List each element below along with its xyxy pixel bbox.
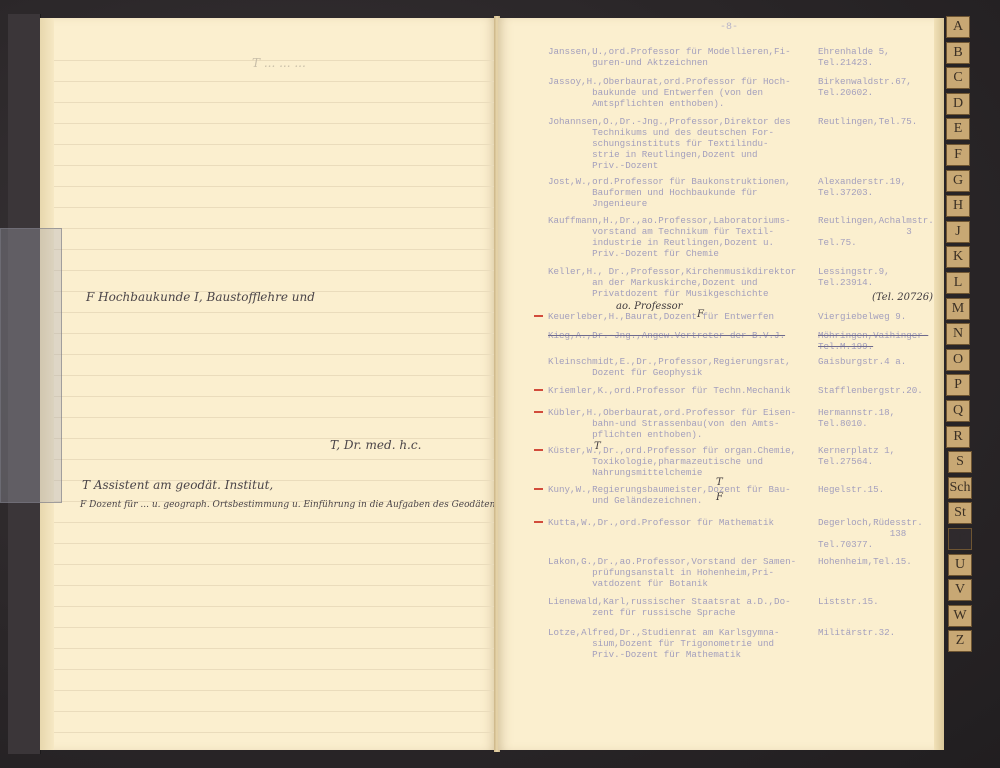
index-tab-b[interactable]: B xyxy=(946,42,970,64)
entry-name-description: Jost,W.,ord.Professor für Baukonstruktio… xyxy=(548,176,813,209)
ruling-line xyxy=(54,459,494,460)
entry-name-description: Kuny,W.,Regierungsbaumeister,Dozent für … xyxy=(548,484,813,506)
entry-address: Stafflenbergstr.20. xyxy=(818,385,936,396)
entry-name-description: Kieg,A.,Dr.-Jng.,Angew.Vertreter der B.V… xyxy=(548,330,813,341)
ruling-line xyxy=(54,354,494,355)
index-tab-r[interactable]: R xyxy=(946,426,970,448)
ruling-line xyxy=(54,312,494,313)
entry-address: Reutlingen,Achalmstr. 3 Tel.75. xyxy=(818,215,936,248)
handwritten-annotation: ao. Professor xyxy=(616,301,682,312)
entry-name-description: Lienewald,Karl,russischer Staatsrat a.D.… xyxy=(548,596,813,618)
page-number: -8- xyxy=(720,22,738,33)
index-tab-u[interactable]: U xyxy=(948,554,972,576)
ruling-line xyxy=(54,207,494,208)
entry-name-description: Kriemler,K.,ord.Professor für Techn.Mech… xyxy=(548,385,813,396)
ruling-line xyxy=(54,165,494,166)
ruling-line xyxy=(54,627,494,628)
ruling-line xyxy=(54,585,494,586)
entry-address: Alexanderstr.19, Tel.37203. xyxy=(818,176,936,198)
entry-name-description: Küster,W.,Dr.,ord.Professor für organ.Ch… xyxy=(548,445,813,478)
index-tab-a[interactable]: A xyxy=(946,16,970,38)
index-tab-q[interactable]: Q xyxy=(946,400,970,422)
ruling-line xyxy=(54,648,494,649)
index-tab-n[interactable]: N xyxy=(946,323,970,345)
entry-name-description: Lotze,Alfred,Dr.,Studienrat am Karlsgymn… xyxy=(548,627,813,660)
index-tab-st[interactable]: St xyxy=(948,502,972,524)
entry-name-description: Keuerleber,H.,Baurat,Dozent für Entwerfe… xyxy=(548,311,813,322)
handwritten-annotation: (Tel. 20726) xyxy=(872,292,933,303)
ruling-line xyxy=(54,396,494,397)
entry-address: Birkenwaldstr.67, Tel.20602. xyxy=(818,76,936,98)
left-page-faint-note: T ... ... ... xyxy=(252,56,306,70)
ruling-line xyxy=(54,144,494,145)
left-note-1: F Hochbaukunde I, Baustofflehre und xyxy=(86,290,315,304)
red-mark-icon xyxy=(534,521,543,523)
left-page xyxy=(40,18,496,750)
ruling-line xyxy=(54,102,494,103)
entry-name-description: Johannsen,O.,Dr.-Jng.,Professor,Direktor… xyxy=(548,116,813,171)
ruling-line xyxy=(54,711,494,712)
entry-address: Militärstr.32. xyxy=(818,627,936,638)
entry-address: Ehrenhalde 5, Tel.21423. xyxy=(818,46,936,68)
right-page-edge xyxy=(934,18,944,750)
ruling-line xyxy=(54,732,494,733)
left-note-4: F Dozent für ... u. geograph. Ortsbestim… xyxy=(80,500,495,510)
entry-address: Viergiebelweg 9. xyxy=(818,311,936,322)
entry-address: Lessingstr.9, Tel.23914. xyxy=(818,266,936,288)
entry-name-description: Jassoy,H.,Oberbaurat,ord.Professor für H… xyxy=(548,76,813,109)
entry-address: Reutlingen,Tel.75. xyxy=(818,116,936,127)
handwritten-annotation: F xyxy=(716,492,723,503)
index-tab-h[interactable]: H xyxy=(946,195,970,217)
red-mark-icon xyxy=(534,411,543,413)
index-tab-f[interactable]: F xyxy=(946,144,970,166)
ruling-line xyxy=(54,522,494,523)
entry-name-description: Kleinschmidt,E.,Dr.,Professor,Regierungs… xyxy=(548,356,813,378)
ruling-line xyxy=(54,690,494,691)
entry-name-description: Lakon,G.,Dr.,ao.Professor,Vorstand der S… xyxy=(548,556,813,589)
ruling-line xyxy=(54,438,494,439)
left-note-2: T, Dr. med. h.c. xyxy=(330,438,421,452)
entry-address: Liststr.15. xyxy=(818,596,936,607)
index-tab-j[interactable]: J xyxy=(946,221,970,243)
index-tab-sch[interactable]: Sch xyxy=(948,477,972,499)
ruling-line xyxy=(54,123,494,124)
index-tab-g[interactable]: G xyxy=(946,170,970,192)
entry-address: Degerloch,Rüdesstr. 138 Tel.70377. xyxy=(818,517,936,550)
ruling-line xyxy=(54,564,494,565)
red-mark-icon xyxy=(534,488,543,490)
ruling-line xyxy=(54,375,494,376)
ruling-line xyxy=(54,606,494,607)
entry-address: Hegelstr.15. xyxy=(818,484,936,495)
entry-name-description: Kübler,H.,Oberbaurat,ord.Professor für E… xyxy=(548,407,813,440)
ruling-line xyxy=(54,669,494,670)
index-tab-m[interactable]: M xyxy=(946,298,970,320)
entry-name-description: Janssen,U.,ord.Professor für Modellieren… xyxy=(548,46,813,68)
handwritten-annotation: F xyxy=(697,309,704,320)
entry-name-description: Kauffmann,H.,Dr.,ao.Professor,Laboratori… xyxy=(548,215,813,259)
index-tab-w[interactable]: W xyxy=(948,605,972,627)
handwritten-annotation: T xyxy=(594,441,601,452)
red-mark-icon xyxy=(534,389,543,391)
left-note-3: T Assistent am geodät. Institut, xyxy=(82,478,273,492)
index-tab-p[interactable]: P xyxy=(946,374,970,396)
index-tab-z[interactable]: Z xyxy=(948,630,972,652)
entry-address: Gaisburgstr.4 a. xyxy=(818,356,936,367)
entry-address: Hohenheim,Tel.15. xyxy=(818,556,936,567)
index-tab-o[interactable]: O xyxy=(946,349,970,371)
index-tab-e[interactable]: E xyxy=(946,118,970,140)
transparent-clip xyxy=(0,228,62,503)
entry-name-description: Keller,H., Dr.,Professor,Kirchenmusikdir… xyxy=(548,266,813,299)
index-tab-v[interactable]: V xyxy=(948,579,972,601)
handwritten-annotation: T xyxy=(716,477,723,488)
index-tab-l[interactable]: L xyxy=(946,272,970,294)
ruling-line xyxy=(54,417,494,418)
ruling-line xyxy=(54,543,494,544)
entry-address: Kernerplatz 1, Tel.27564. xyxy=(818,445,936,467)
index-tab-s[interactable]: S xyxy=(948,451,972,473)
ruling-line xyxy=(54,270,494,271)
entry-name-description: Kutta,W.,Dr.,ord.Professor für Mathemati… xyxy=(548,517,813,528)
index-tab-d[interactable]: D xyxy=(946,93,970,115)
ruling-line xyxy=(54,228,494,229)
entry-address: Möhringen,Vaihinger- Tel.M.199. xyxy=(818,330,936,352)
ruling-line xyxy=(54,249,494,250)
entry-address: Hermannstr.18, Tel.8010. xyxy=(818,407,936,429)
red-mark-icon xyxy=(534,315,543,317)
ruling-line xyxy=(54,186,494,187)
index-tab-k[interactable]: K xyxy=(946,246,970,268)
ruling-line xyxy=(54,81,494,82)
index-tab-c[interactable]: C xyxy=(946,67,970,89)
index-tab-t[interactable]: T xyxy=(948,528,972,550)
red-mark-icon xyxy=(534,449,543,451)
ruling-line xyxy=(54,333,494,334)
